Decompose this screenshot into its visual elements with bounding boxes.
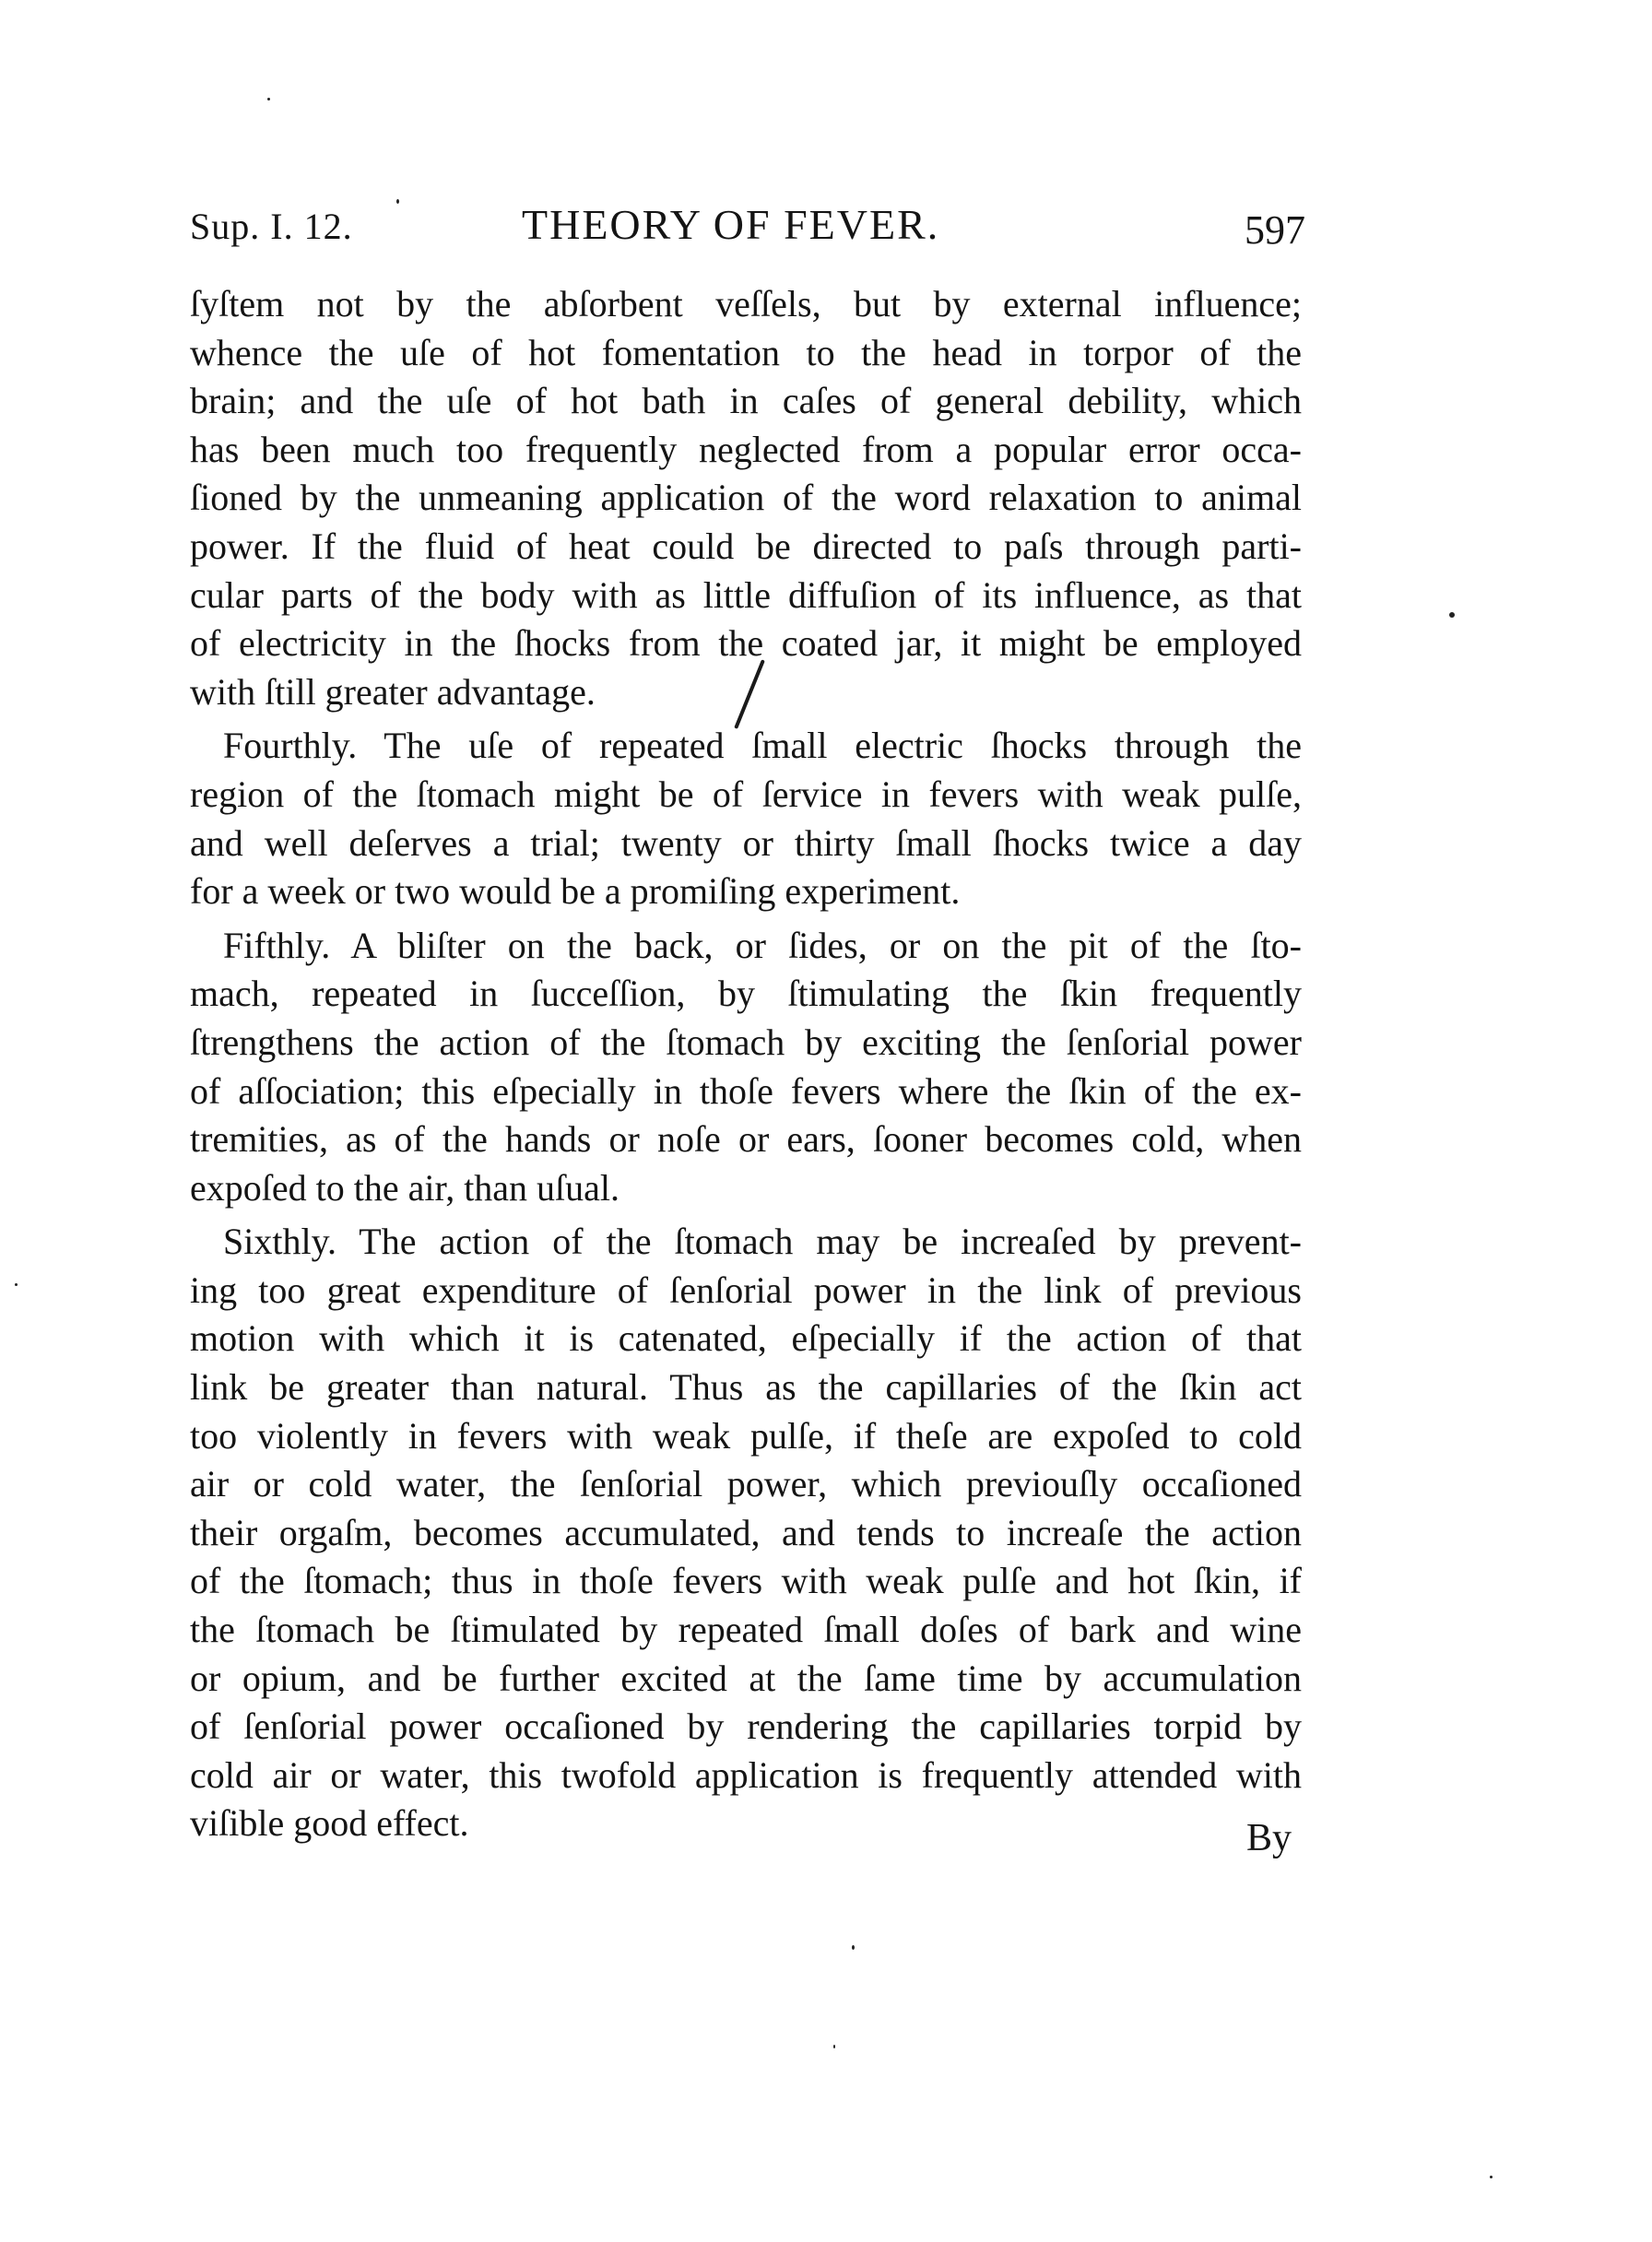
- text-line: the ſtomach be ſtimulated by repeated ſm…: [190, 1606, 1302, 1655]
- scan-speck: [267, 98, 270, 100]
- scan-speck: [1449, 612, 1455, 618]
- text-line: ſyſtem not by the abſorbent veſſels, but…: [190, 280, 1302, 329]
- text-line: region of the ſtomach might be of ſervic…: [190, 771, 1302, 820]
- text-line: with ſtill greater advantage.: [190, 668, 1302, 717]
- text-line: cold air or water, this twofold applicat…: [190, 1752, 1302, 1800]
- text-line: too violently in fevers with weak pulſe,…: [190, 1412, 1302, 1461]
- scan-speck: [396, 199, 399, 204]
- text-line: expoſed to the air, than uſual.: [190, 1164, 1302, 1213]
- text-line: link be greater than natural. Thus as th…: [190, 1363, 1302, 1412]
- text-line: mach, repeated in ſucceſſion, by ſtimula…: [190, 970, 1302, 1019]
- text-line: motion with which it is catenated, eſpec…: [190, 1315, 1302, 1363]
- page-number: 597: [1245, 203, 1305, 258]
- text-line: ing too great expenditure of ſenſorial p…: [190, 1267, 1302, 1316]
- text-line: cular parts of the body with as little d…: [190, 572, 1302, 620]
- catchword: By: [1246, 1814, 1292, 1862]
- text-line: viſible good effect.: [190, 1799, 1302, 1848]
- section-reference: Sup. I. 12.: [190, 199, 353, 254]
- text-line: of ſenſorial power occaſioned by renderi…: [190, 1703, 1302, 1752]
- scan-speck: [852, 1945, 855, 1950]
- running-head: Sup. I. 12. THEORY OF FEVER. 597: [190, 197, 1305, 253]
- paragraph-fifthly-start: Fifthly. A bliſter on the back, or ſides…: [190, 922, 1302, 971]
- text-line: for a week or two would be a promiſing e…: [190, 867, 1302, 916]
- book-page: Sup. I. 12. THEORY OF FEVER. 597 ſyſtem …: [0, 0, 1652, 2242]
- scan-speck: [15, 1283, 18, 1286]
- text-line: air or cold water, the ſenſorial power, …: [190, 1460, 1302, 1509]
- text-line: of aſſociation; this eſpecially in thoſe…: [190, 1068, 1302, 1116]
- text-line: ſioned by the unmeaning application of t…: [190, 474, 1302, 523]
- text-line: tremities, as of the hands or noſe or ea…: [190, 1115, 1302, 1164]
- text-line: or opium, and be further excited at the …: [190, 1655, 1302, 1704]
- text-line: of the ſtomach; thus in thoſe fevers wit…: [190, 1557, 1302, 1606]
- text-line: whence the uſe of hot fomentation to the…: [190, 329, 1302, 378]
- body-text: ſyſtem not by the abſorbent veſſels, but…: [190, 280, 1302, 1848]
- text-line: ſtrengthens the action of the ſtomach by…: [190, 1019, 1302, 1068]
- text-line: and well deſerves a trial; twenty or thi…: [190, 820, 1302, 868]
- text-line: of electricity in the ſhocks from the co…: [190, 619, 1302, 668]
- paragraph-fourthly-start: Fourthly. The uſe of repeated ſmall elec…: [190, 722, 1302, 771]
- text-line: power. If the fluid of heat could be dir…: [190, 523, 1302, 572]
- text-line: has been much too frequently neglected f…: [190, 426, 1302, 475]
- scan-speck: [833, 2045, 835, 2048]
- text-line: brain; and the uſe of hot bath in caſes …: [190, 377, 1302, 426]
- text-line: their orgaſm, becomes accumulated, and t…: [190, 1509, 1302, 1558]
- page-title: THEORY OF FEVER.: [522, 197, 939, 253]
- paragraph-sixthly-start: Sixthly. The action of the ſtomach may b…: [190, 1218, 1302, 1267]
- scan-speck: [1490, 2176, 1493, 2178]
